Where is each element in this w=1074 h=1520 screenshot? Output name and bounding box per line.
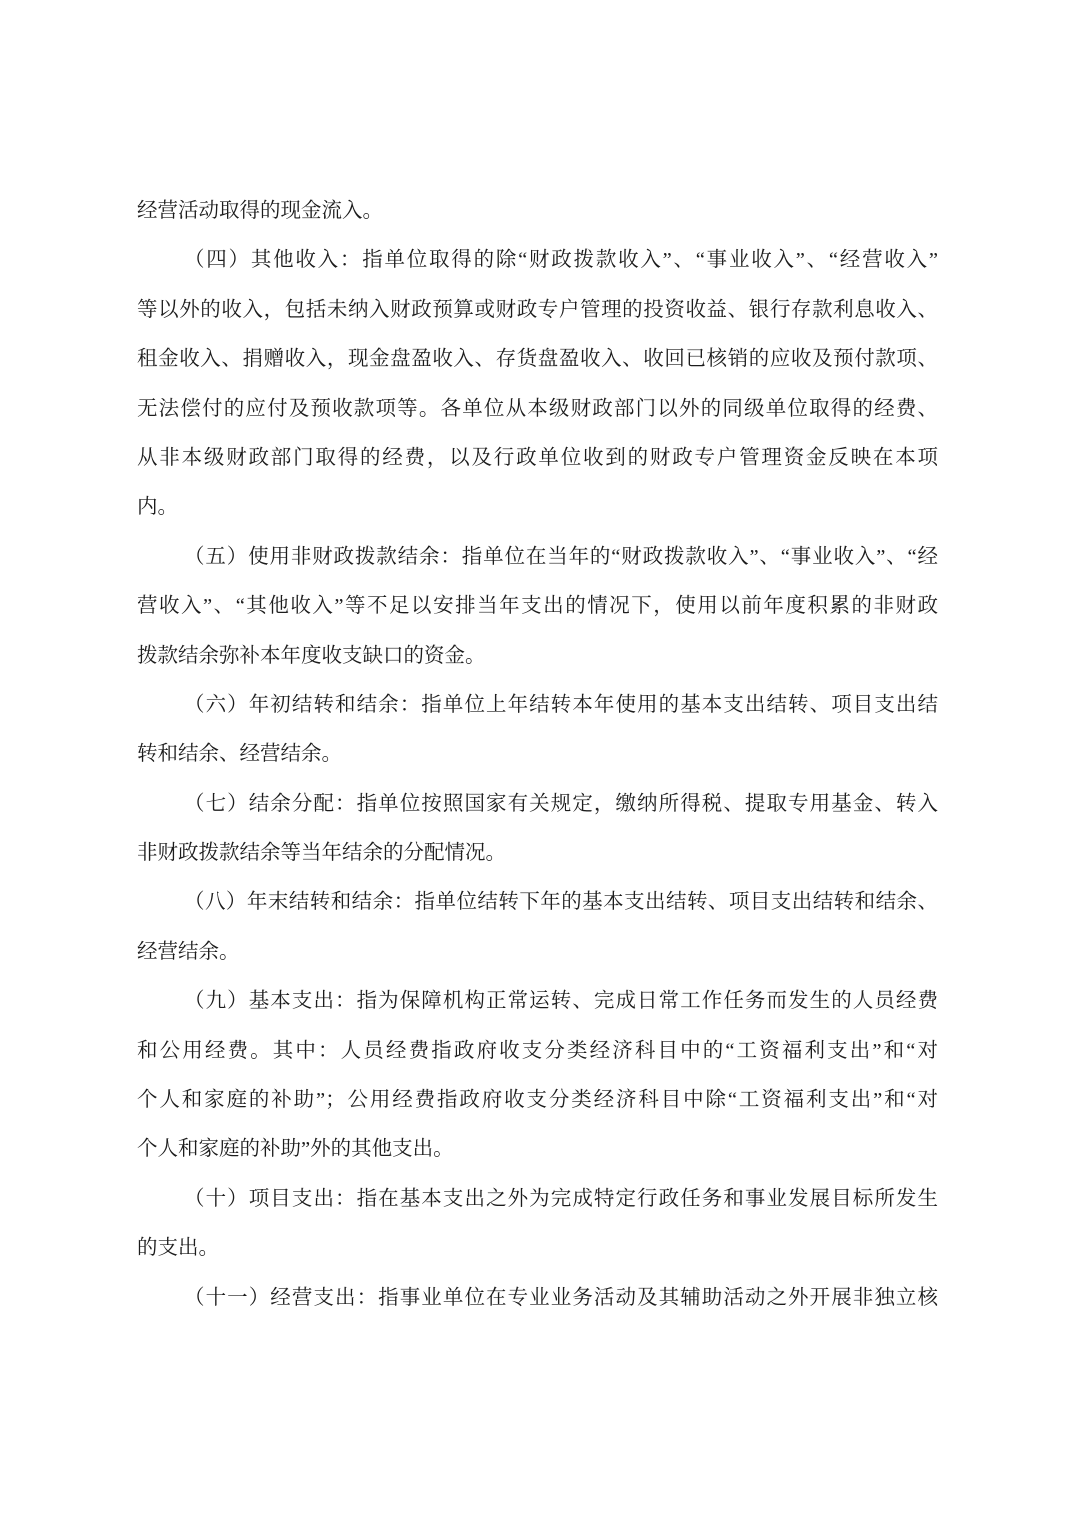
text-line: 和公用经费。其中：人员经费指政府收支分类经济科目中的“工资福利支出”和“对: [137, 1027, 938, 1076]
text-line: 从非本级财政部门取得的经费，以及行政单位收到的财政专户管理资金反映在本项: [137, 434, 938, 483]
text-line: 转和结余、经营结余。: [137, 730, 938, 779]
text-line: 个人和家庭的补助”；公用经费指政府收支分类经济科目中除“工资福利支出”和“对: [137, 1076, 938, 1125]
text-line: 内。: [137, 483, 938, 532]
text-block: 经营活动取得的现金流入。（四）其他收入：指单位取得的除“财政拨款收入”、“事业收…: [137, 187, 938, 1323]
text-line: （五）使用非财政拨款结余：指单位在当年的“财政拨款收入”、“事业收入”、“经: [137, 533, 938, 582]
text-line: 经营活动取得的现金流入。: [137, 187, 938, 236]
text-line: 个人和家庭的补助”外的其他支出。: [137, 1125, 938, 1174]
text-line: （九）基本支出：指为保障机构正常运转、完成日常工作任务而发生的人员经费: [137, 977, 938, 1026]
text-line: （十）项目支出：指在基本支出之外为完成特定行政任务和事业发展目标所发生: [137, 1175, 938, 1224]
text-line: （八）年末结转和结余：指单位结转下年的基本支出结转、项目支出结转和结余、: [137, 878, 938, 927]
text-line: 拨款结余弥补本年度收支缺口的资金。: [137, 632, 938, 681]
text-line: 营收入”、“其他收入”等不足以安排当年支出的情况下，使用以前年度积累的非财政: [137, 582, 938, 631]
text-line: 非财政拨款结余等当年结余的分配情况。: [137, 829, 938, 878]
text-line: 的支出。: [137, 1224, 938, 1273]
text-line: 等以外的收入，包括未纳入财政预算或财政专户管理的投资收益、银行存款利息收入、: [137, 286, 938, 335]
text-line: （四）其他收入：指单位取得的除“财政拨款收入”、“事业收入”、“经营收入”: [137, 236, 938, 285]
text-line: （六）年初结转和结余：指单位上年结转本年使用的基本支出结转、项目支出结: [137, 681, 938, 730]
text-line: （十一）经营支出：指事业单位在专业业务活动及其辅助活动之外开展非独立核: [137, 1274, 938, 1323]
text-line: 无法偿付的应付及预收款项等。各单位从本级财政部门以外的同级单位取得的经费、: [137, 385, 938, 434]
text-line: （七）结余分配：指单位按照国家有关规定，缴纳所得税、提取专用基金、转入: [137, 780, 938, 829]
text-line: 租金收入、捐赠收入，现金盘盈收入、存货盘盈收入、收回已核销的应收及预付款项、: [137, 335, 938, 384]
text-line: 经营结余。: [137, 928, 938, 977]
document-page: 经营活动取得的现金流入。（四）其他收入：指单位取得的除“财政拨款收入”、“事业收…: [0, 0, 1074, 1520]
